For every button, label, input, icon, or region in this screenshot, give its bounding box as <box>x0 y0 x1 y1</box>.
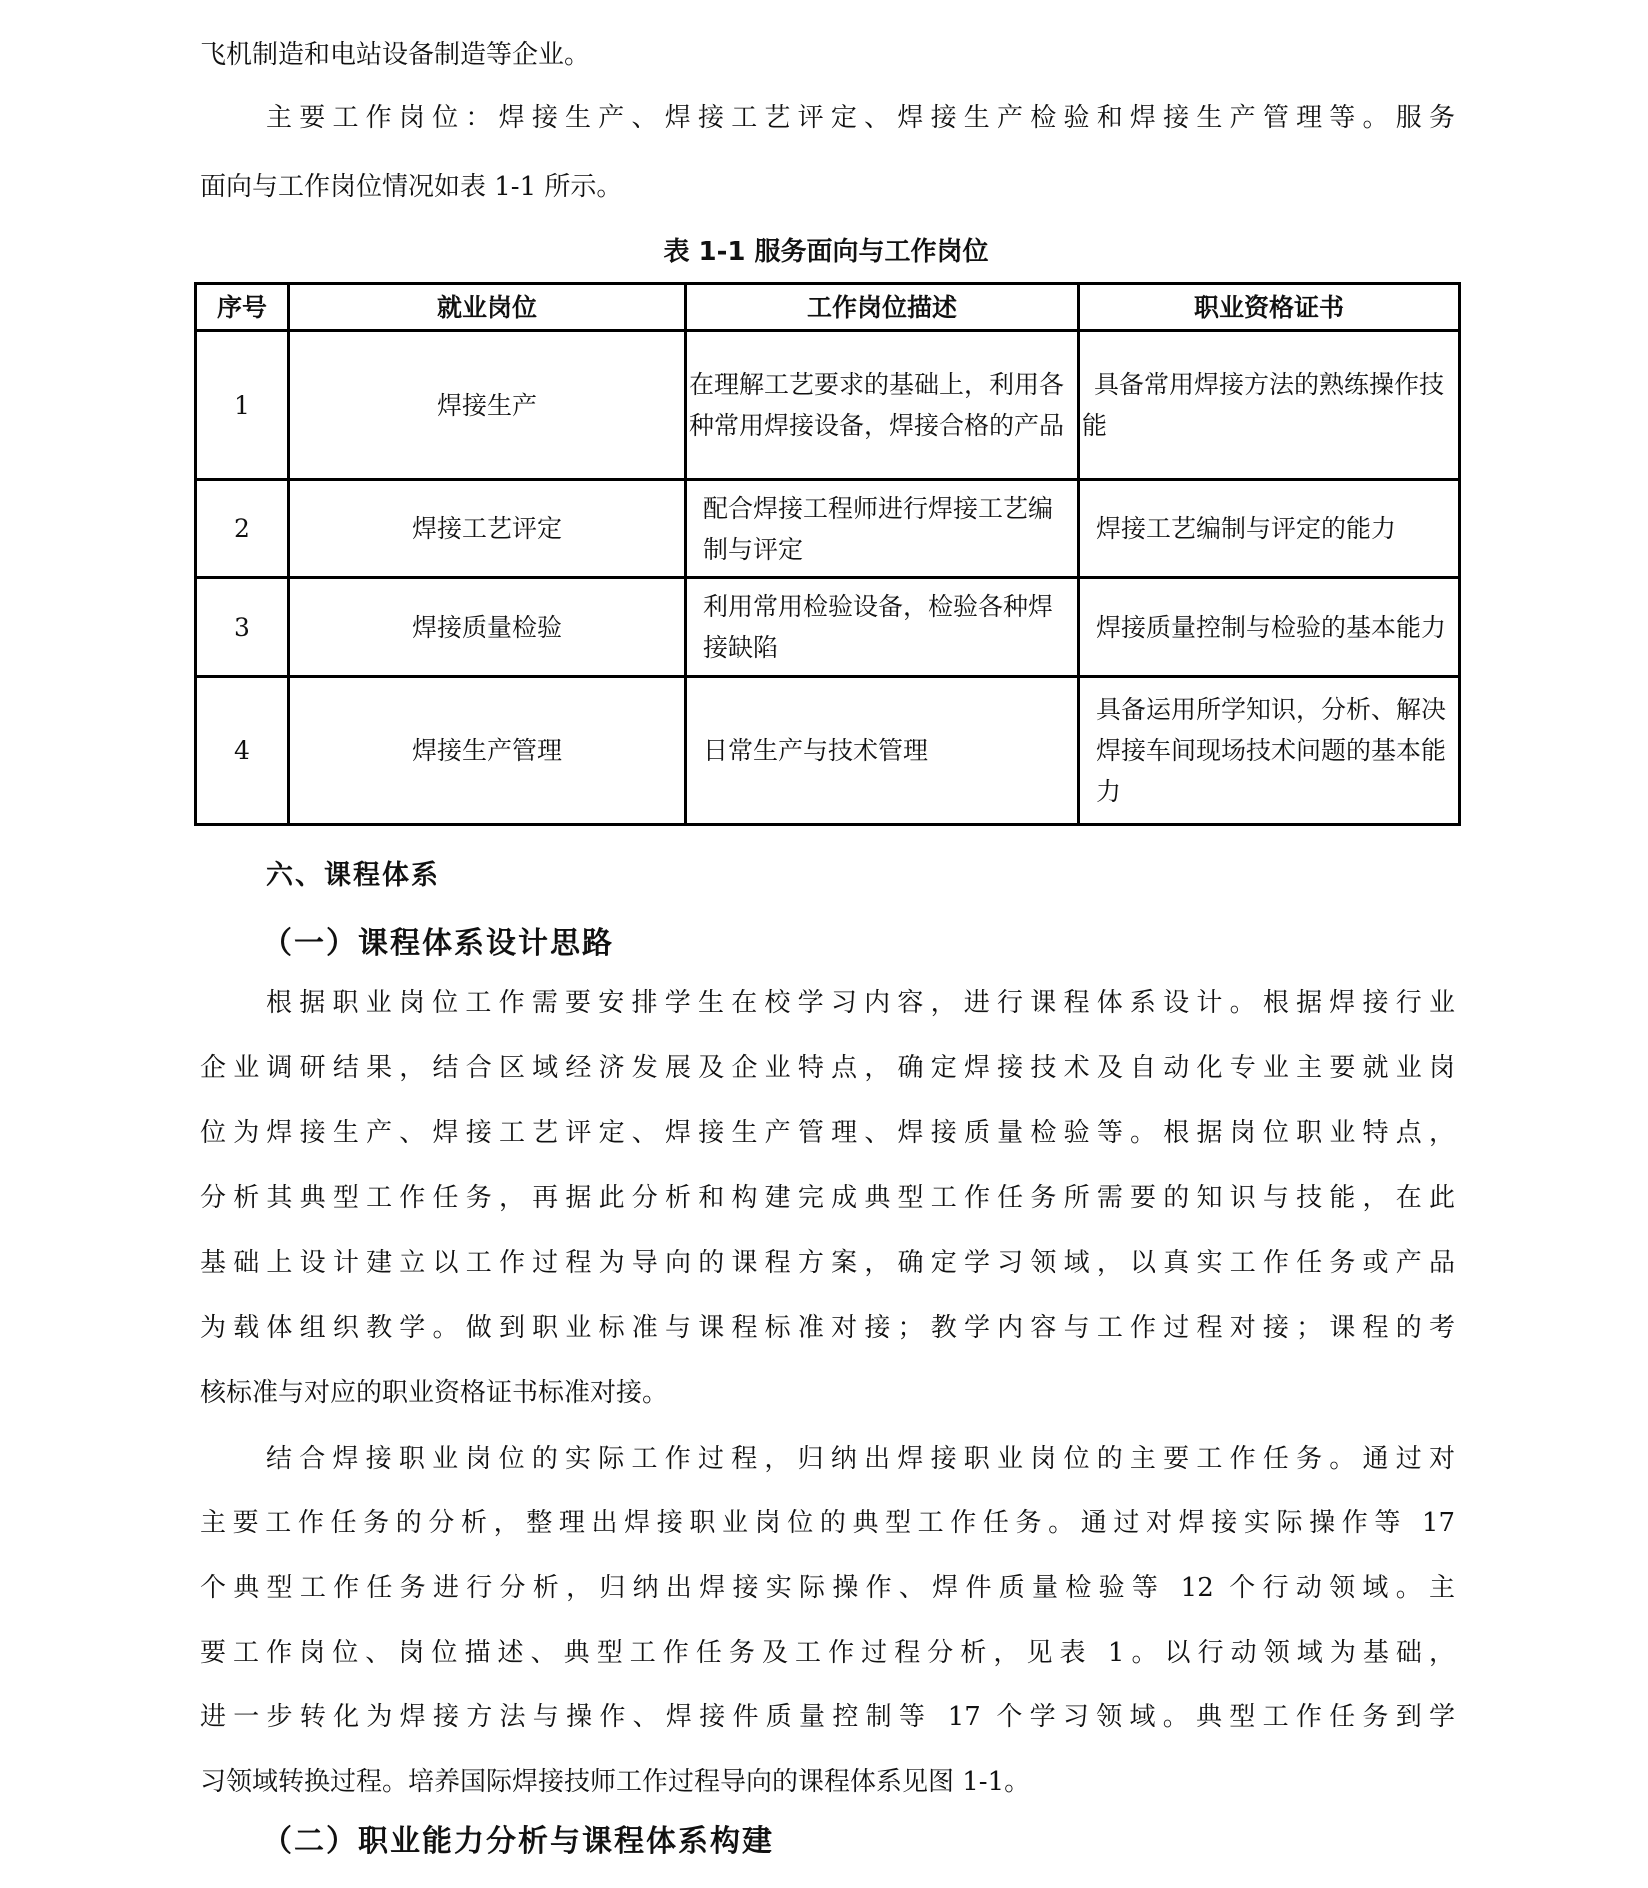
cell-description: 利用常用检验设备，检验各种焊接缺陷 <box>686 578 1079 677</box>
paragraph-1-line: 核标准与对应的职业资格证书标准对接。 <box>200 1373 1455 1413</box>
header-post: 就业岗位 <box>289 284 686 331</box>
table-header-row: 序号 就业岗位 工作岗位描述 职业资格证书 <box>196 284 1460 331</box>
paragraph-1-line: 企业调研结果，结合区域经济发展及企业特点，确定焊接技术及自动化专业主要就业岗 <box>200 1048 1455 1088</box>
cell-certificate: 具备常用焊接方法的熟练操作技能 <box>1079 331 1460 480</box>
table-row: 1 焊接生产 在理解工艺要求的基础上，利用各种常用焊接设备，焊接合格的产品 具备… <box>196 331 1460 480</box>
table-row: 3 焊接质量检验 利用常用检验设备，检验各种焊接缺陷 焊接质量控制与检验的基本能… <box>196 578 1460 677</box>
cell-post: 焊接生产 <box>289 331 686 480</box>
cell-no: 1 <box>196 331 289 480</box>
service-orientation-table: 序号 就业岗位 工作岗位描述 职业资格证书 1 焊接生产 在理解工艺要求的基础上… <box>194 282 1461 826</box>
section-heading: 六、课程体系 <box>266 856 440 896</box>
paragraph-1-line: 位为焊接生产、焊接工艺评定、焊接生产管理、焊接质量检验等。根据岗位职业特点， <box>200 1113 1455 1153</box>
cell-certificate: 焊接工艺编制与评定的能力 <box>1079 480 1460 578</box>
paragraph-2-line: 习领域转换过程。培养国际焊接技师工作过程导向的课程体系见图 1-1。 <box>200 1762 1455 1802</box>
cell-post: 焊接生产管理 <box>289 677 686 825</box>
table-row: 2 焊接工艺评定 配合焊接工程师进行焊接工艺编制与评定 焊接工艺编制与评定的能力 <box>196 480 1460 578</box>
header-certificate: 职业资格证书 <box>1079 284 1460 331</box>
paragraph-2-line: 要工作岗位、岗位描述、典型工作任务及工作过程分析，见表 1。以行动领域为基础， <box>200 1633 1455 1673</box>
cell-no: 4 <box>196 677 289 825</box>
cell-certificate: 具备运用所学知识，分析、解决焊接车间现场技术问题的基本能力 <box>1079 677 1460 825</box>
cell-no: 2 <box>196 480 289 578</box>
cell-certificate: 焊接质量控制与检验的基本能力 <box>1079 578 1460 677</box>
paragraph-1-line: 分析其典型工作任务，再据此分析和构建完成典型工作任务所需要的知识与技能，在此 <box>200 1178 1455 1218</box>
cell-post: 焊接质量检验 <box>289 578 686 677</box>
subsection-heading-2: （二）职业能力分析与课程体系构建 <box>262 1820 774 1864</box>
subsection-heading-1: （一）课程体系设计思路 <box>262 922 614 966</box>
cell-post: 焊接工艺评定 <box>289 480 686 578</box>
cell-no: 3 <box>196 578 289 677</box>
header-no: 序号 <box>196 284 289 331</box>
paragraph-1-line: 为载体组织教学。做到职业标准与课程标准对接；教学内容与工作过程对接；课程的考 <box>200 1308 1455 1348</box>
paragraph-1-line: 根据职业岗位工作需要安排学生在校学习内容，进行课程体系设计。根据焊接行业 <box>266 983 1455 1023</box>
table-row: 4 焊接生产管理 日常生产与技术管理 具备运用所学知识，分析、解决焊接车间现场技… <box>196 677 1460 825</box>
paragraph-2-line: 个典型工作任务进行分析，归纳出焊接实际操作、焊件质量检验等 12 个行动领域。主 <box>200 1568 1455 1608</box>
cell-description: 配合焊接工程师进行焊接工艺编制与评定 <box>686 480 1079 578</box>
intro-line-3: 面向与工作岗位情况如表 1-1 所示。 <box>200 167 1455 207</box>
intro-line-2: 主要工作岗位：焊接生产、焊接工艺评定、焊接生产检验和焊接生产管理等。服务 <box>266 98 1455 138</box>
table-caption: 表 1-1 服务面向与工作岗位 <box>194 232 1458 272</box>
cell-description: 在理解工艺要求的基础上，利用各种常用焊接设备，焊接合格的产品 <box>686 331 1079 480</box>
paragraph-2-line: 主要工作任务的分析，整理出焊接职业岗位的典型工作任务。通过对焊接实际操作等 17 <box>200 1503 1455 1543</box>
paragraph-2-line: 结合焊接职业岗位的实际工作过程，归纳出焊接职业岗位的主要工作任务。通过对 <box>266 1439 1455 1479</box>
intro-line-1: 飞机制造和电站设备制造等企业。 <box>200 35 1455 75</box>
header-description: 工作岗位描述 <box>686 284 1079 331</box>
paragraph-2-line: 进一步转化为焊接方法与操作、焊接件质量控制等 17 个学习领域。典型工作任务到学 <box>200 1697 1455 1737</box>
cell-description: 日常生产与技术管理 <box>686 677 1079 825</box>
paragraph-1-line: 基础上设计建立以工作过程为导向的课程方案，确定学习领域，以真实工作任务或产品 <box>200 1243 1455 1283</box>
